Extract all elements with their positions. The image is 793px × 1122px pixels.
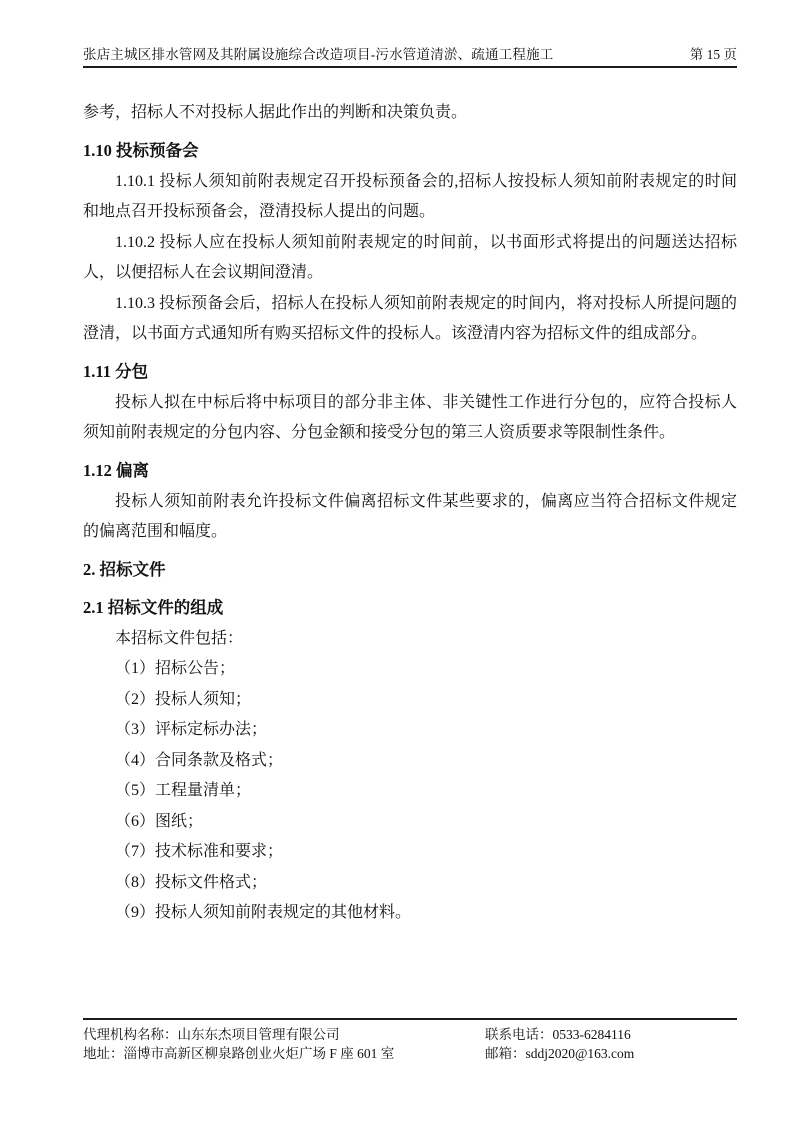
list-item-8: （8）投标文件格式； (83, 868, 737, 899)
heading-1-11: 1.11 分包 (83, 356, 737, 388)
paragraph-2-1-intro: 本招标文件包括： (83, 624, 737, 655)
footer-agency-name: 代理机构名称：山东东杰项目管理有限公司 (83, 1025, 394, 1044)
heading-1-10: 1.10 投标预备会 (83, 135, 737, 167)
header-page-number: 第 15 页 (690, 46, 737, 63)
list-item-4: （4）合同条款及格式； (83, 746, 737, 777)
heading-1-12: 1.12 偏离 (83, 455, 737, 487)
footer-left-column: 代理机构名称：山东东杰项目管理有限公司 地址：淄博市高新区柳泉路创业火炬广场 F… (83, 1025, 394, 1063)
page-header: 张店主城区排水管网及其附属设施综合改造项目-污水管道清淤、疏通工程施工 第 15… (83, 46, 737, 68)
list-item-2: （2）投标人须知； (83, 685, 737, 716)
list-item-5: （5）工程量清单； (83, 776, 737, 807)
list-item-9: （9）投标人须知前附表规定的其他材料。 (83, 898, 737, 929)
document-page: 张店主城区排水管网及其附属设施综合改造项目-污水管道清淤、疏通工程施工 第 15… (0, 0, 793, 1122)
list-item-7: （7）技术标准和要求； (83, 837, 737, 868)
continuation-paragraph: 参考，招标人不对投标人据此作出的判断和决策负责。 (83, 98, 737, 129)
footer-phone: 联系电话：0533-6284116 (485, 1025, 737, 1044)
list-item-6: （6）图纸； (83, 807, 737, 838)
header-project-title: 张店主城区排水管网及其附属设施综合改造项目-污水管道清淤、疏通工程施工 (83, 46, 554, 63)
paragraph-1-12: 投标人须知前附表允许投标文件偏离招标文件某些要求的，偏离应当符合招标文件规定的偏… (83, 487, 737, 548)
footer-right-column: 联系电话：0533-6284116 邮箱：sddj2020@163.com (485, 1025, 737, 1063)
heading-2: 2. 招标文件 (83, 554, 737, 586)
document-body: 参考，招标人不对投标人据此作出的判断和决策负责。 1.10 投标预备会 1.10… (83, 98, 737, 929)
list-item-3: （3）评标定标办法； (83, 715, 737, 746)
footer-email: 邮箱：sddj2020@163.com (485, 1044, 737, 1063)
paragraph-1-10-2: 1.10.2 投标人应在投标人须知前附表规定的时间前，以书面形式将提出的问题送达… (83, 228, 737, 289)
heading-2-1: 2.1 招标文件的组成 (83, 592, 737, 624)
list-item-1: （1）招标公告； (83, 654, 737, 685)
paragraph-1-10-1: 1.10.1 投标人须知前附表规定召开投标预备会的,招标人按投标人须知前附表规定… (83, 167, 737, 228)
page-footer: 代理机构名称：山东东杰项目管理有限公司 地址：淄博市高新区柳泉路创业火炬广场 F… (83, 1018, 737, 1063)
paragraph-1-11: 投标人拟在中标后将中标项目的部分非主体、非关键性工作进行分包的，应符合投标人须知… (83, 388, 737, 449)
footer-address: 地址：淄博市高新区柳泉路创业火炬广场 F 座 601 室 (83, 1044, 394, 1063)
paragraph-1-10-3: 1.10.3 投标预备会后，招标人在投标人须知前附表规定的时间内，将对投标人所提… (83, 289, 737, 350)
